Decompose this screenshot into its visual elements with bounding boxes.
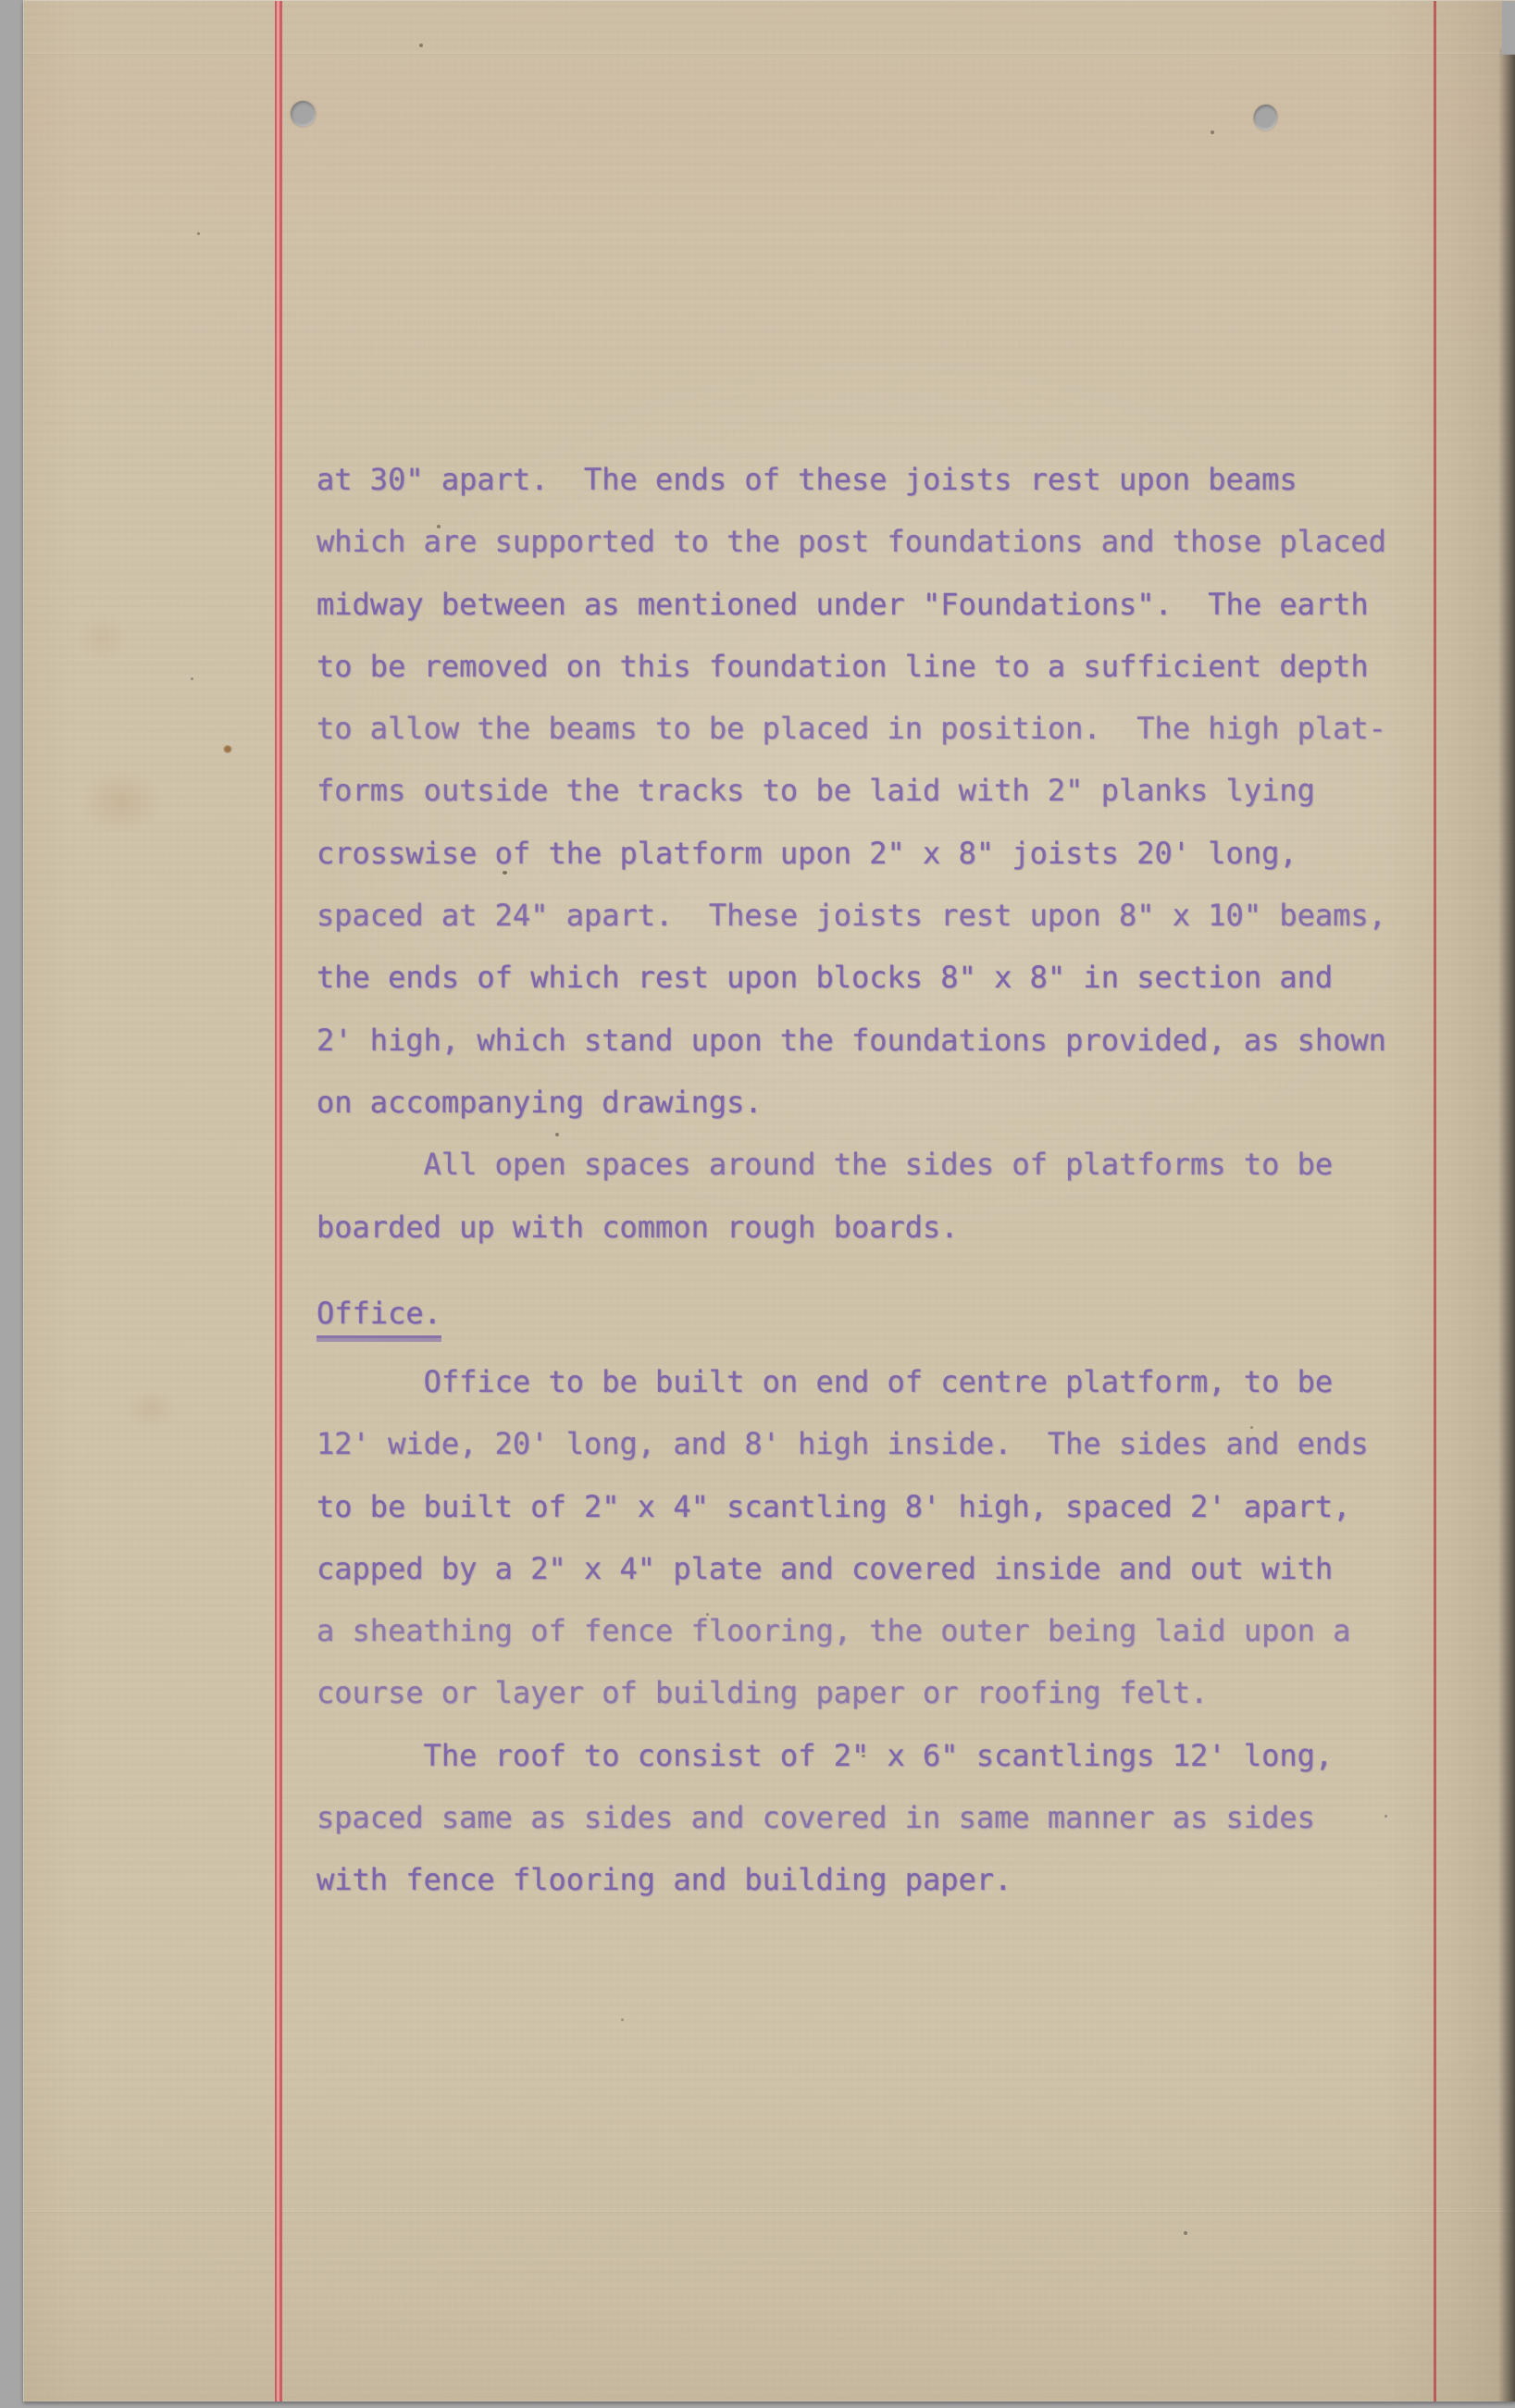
section-heading-office: Office.: [317, 1295, 441, 1338]
text-line: to be removed on this foundation line to…: [317, 636, 1455, 698]
paper-speck: [1211, 130, 1214, 134]
paper-speck: [419, 43, 423, 47]
text-line: spaced at 24" apart. These joists rest u…: [317, 885, 1455, 947]
scanned-document: { "page": { "kind": "typewritten specifi…: [0, 0, 1515, 2408]
text-line: capped by a 2" x 4" plate and covered in…: [317, 1538, 1455, 1600]
text-line: the ends of which rest upon blocks 8" x …: [317, 947, 1455, 1009]
paper-speck: [1184, 2231, 1187, 2235]
text-line: to be built of 2" x 4" scantling 8' high…: [317, 1476, 1455, 1538]
section-heading-text: Office.: [317, 1295, 441, 1338]
paper-speck: [191, 677, 193, 680]
text-line: crosswise of the platform upon 2" x 8" j…: [317, 823, 1455, 885]
text-line: boarded up with common rough boards.: [317, 1197, 1455, 1259]
paper-stain: [80, 769, 163, 834]
text-line: Office to be built on end of centre plat…: [317, 1351, 1455, 1413]
text-line: 2' high, which stand upon the foundation…: [317, 1010, 1455, 1072]
text-line: course or layer of building paper or roo…: [317, 1662, 1455, 1724]
punch-hole-right: [1251, 103, 1280, 133]
text-line: at 30" apart. The ends of these joists r…: [317, 449, 1455, 511]
left-margin-rule: [275, 1, 282, 2402]
paper-stain: [126, 1389, 177, 1428]
text-line: with fence flooring and building paper.: [317, 1849, 1455, 1911]
crease-line: [24, 2240, 1515, 2242]
text-line: midway between as mentioned under "Found…: [317, 574, 1455, 636]
page-edge-shadow: [1498, 49, 1515, 2402]
text-line: a sheathing of fence flooring, the outer…: [317, 1600, 1455, 1662]
paper-stain: [223, 745, 232, 753]
paper-speck: [197, 232, 200, 235]
body-paragraphs-office: Office to be built on end of centre plat…: [317, 1351, 1455, 1912]
paper-stain: [75, 616, 130, 661]
crease-line: [24, 53, 1515, 55]
text-line: forms outside the tracks to be laid with…: [317, 760, 1455, 822]
text-line: All open spaces around the sides of plat…: [317, 1134, 1455, 1196]
body-paragraphs-platforms: at 30" apart. The ends of these joists r…: [317, 449, 1455, 1259]
text-line: on accompanying drawings.: [317, 1072, 1455, 1134]
scanner-background: at 30" apart. The ends of these joists r…: [0, 0, 1515, 2408]
crease-line: [24, 2211, 1515, 2213]
text-line: to allow the beams to be placed in posit…: [317, 698, 1455, 760]
text-line: which are supported to the post foundati…: [317, 511, 1455, 573]
punch-hole-left: [291, 101, 316, 127]
scanner-corner-gap: [1502, 1, 1515, 55]
text-line: The roof to consist of 2" x 6" scantling…: [317, 1725, 1455, 1787]
text-line: 12' wide, 20' long, and 8' high inside. …: [317, 1413, 1455, 1475]
paper-speck: [621, 2018, 624, 2021]
document-page: at 30" apart. The ends of these joists r…: [23, 0, 1515, 2402]
text-line: spaced same as sides and covered in same…: [317, 1787, 1455, 1849]
